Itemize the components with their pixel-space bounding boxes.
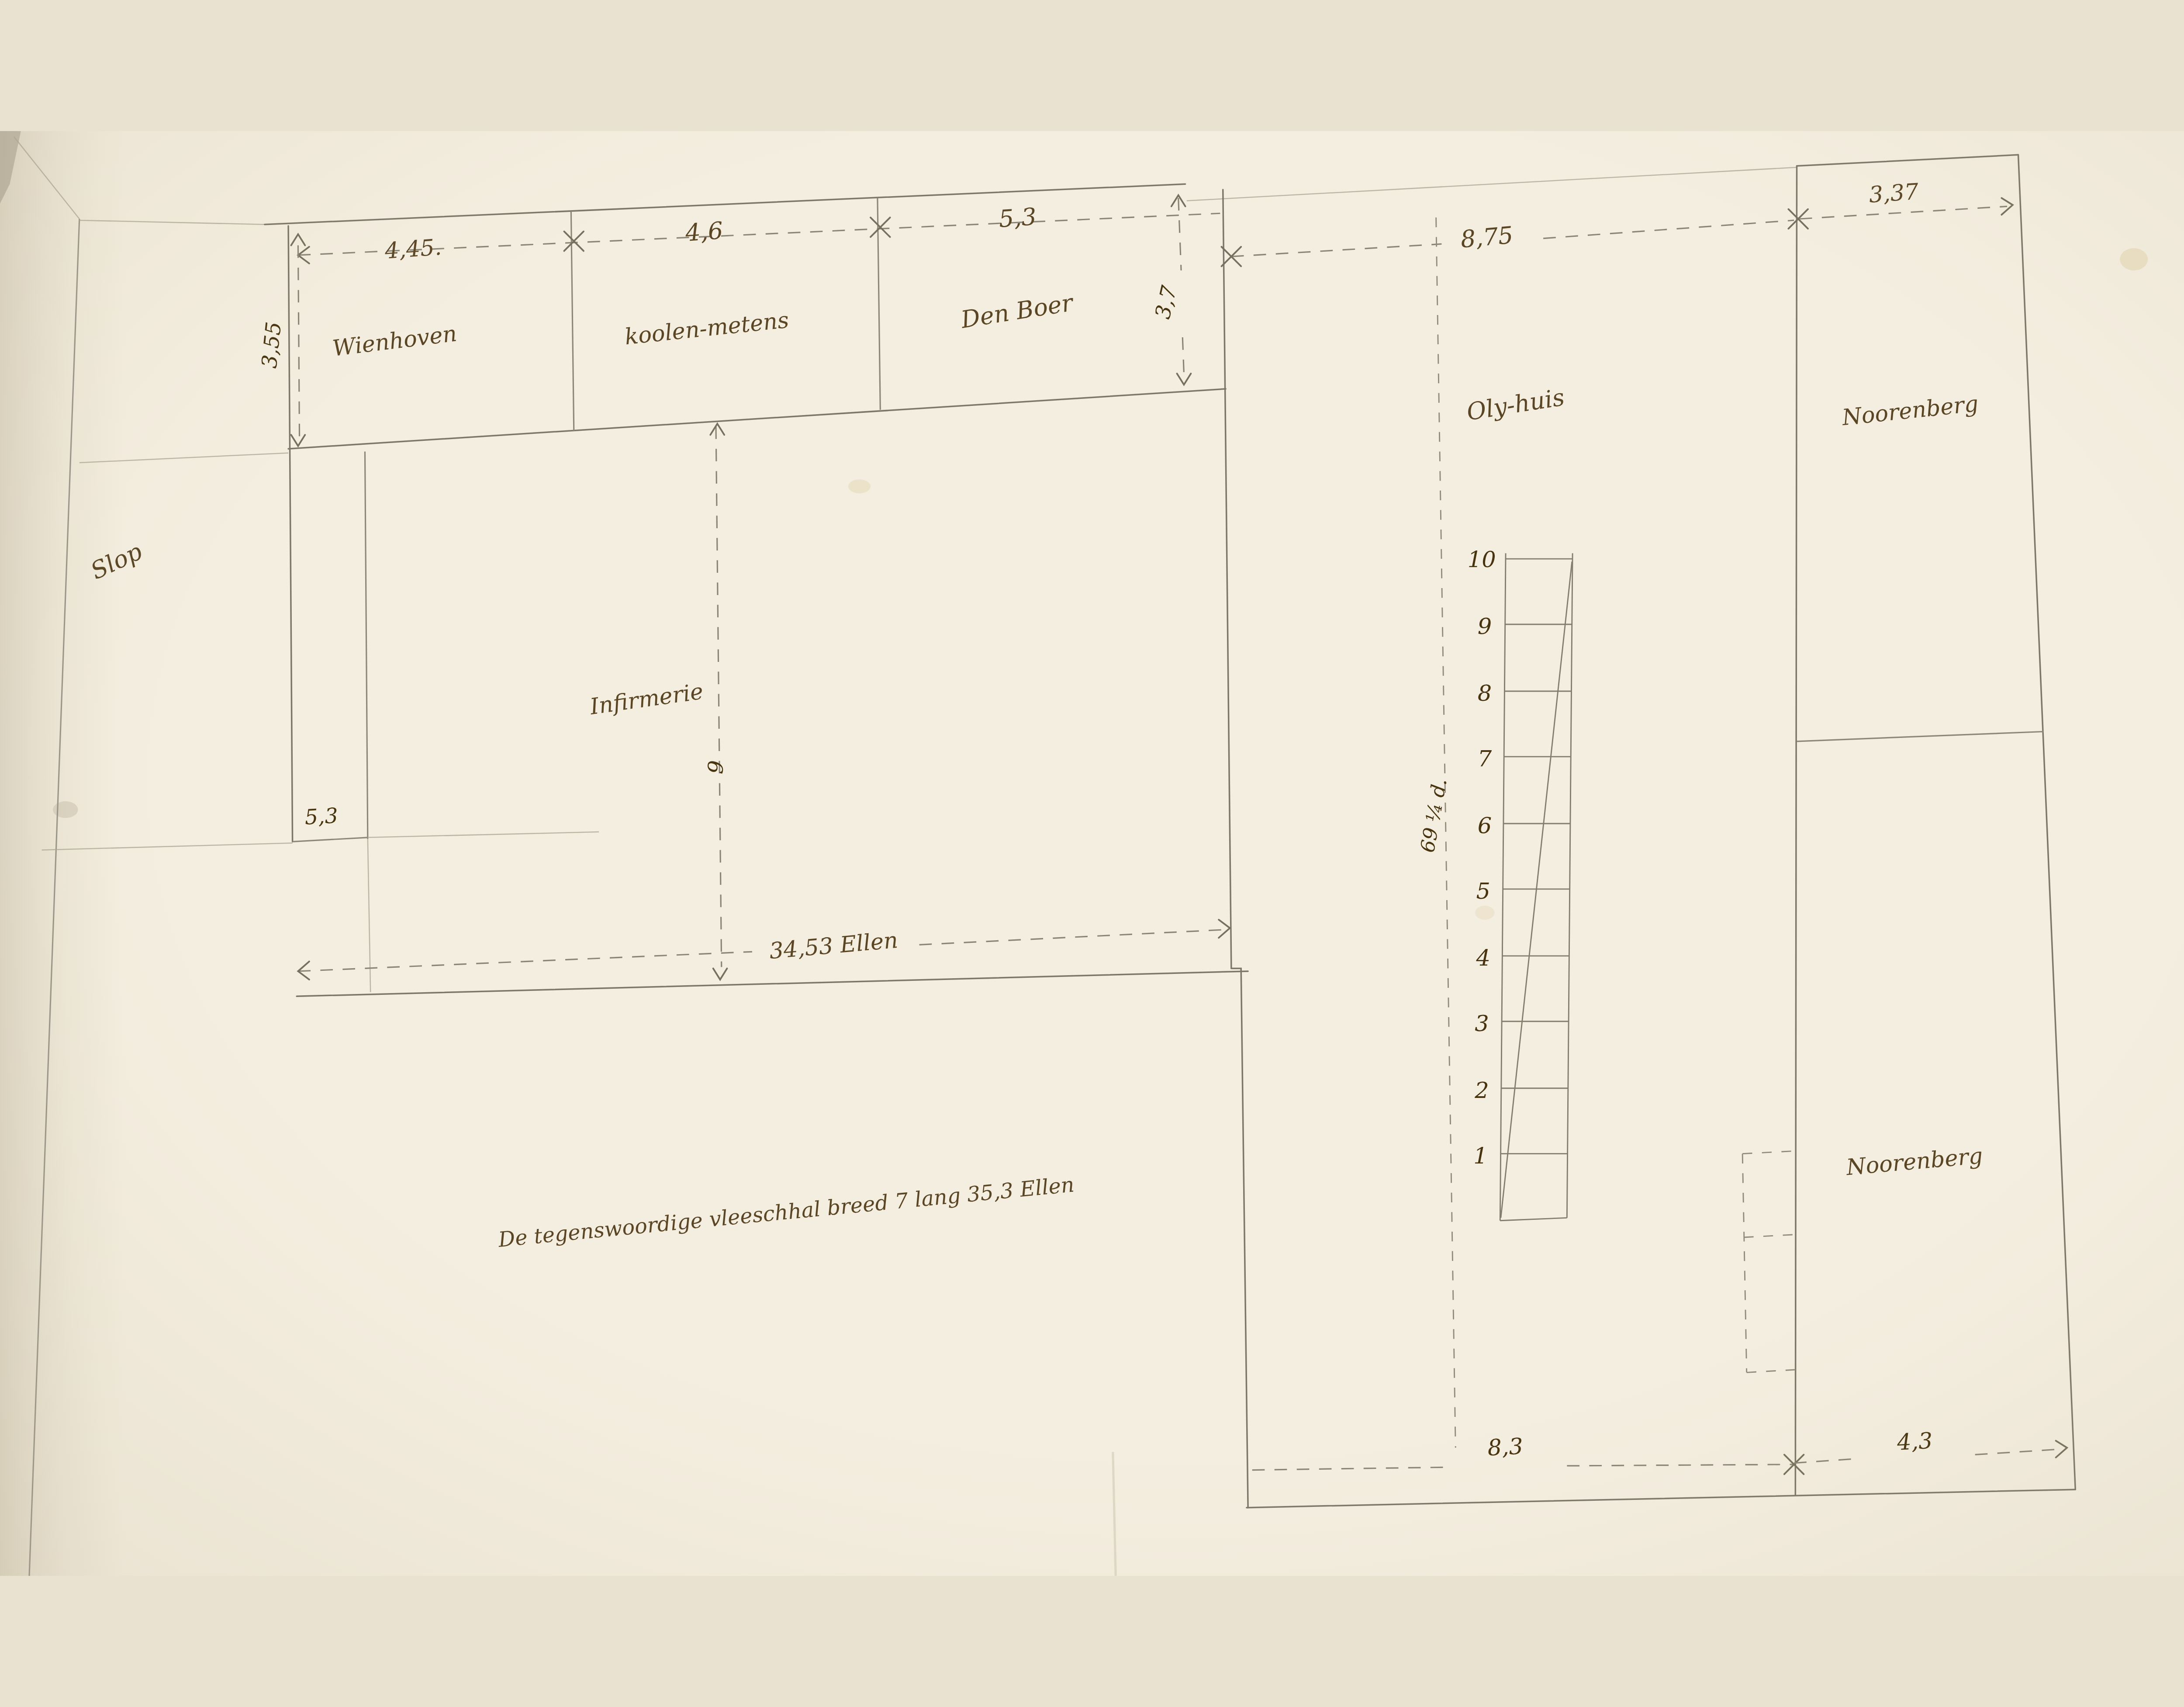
site-plan-scan: 4,45. 4,6 5,3 3,55 3,7 8,75 3,37 Wienhov… bbox=[0, 0, 2184, 1707]
vignette-overlay bbox=[0, 131, 2184, 1576]
